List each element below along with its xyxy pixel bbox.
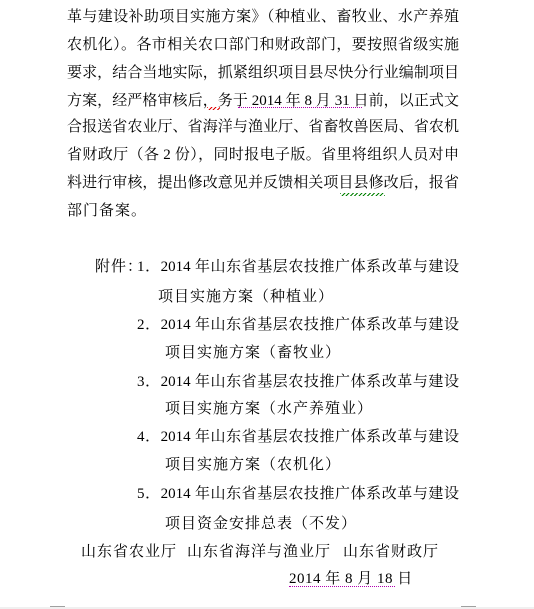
body-line: 方案，经严格审核后，务于 2014 年 8 月 31 日前，以正式文件联: [67, 91, 459, 111]
body-line: 农机化）。各市相关农口部门和财政部门，要按照省级实施方案: [67, 35, 459, 55]
document-page: 革与建设补助项目实施方案》（种植业、畜牧业、水产养殖业、 农机化）。各市相关农口…: [0, 0, 534, 607]
attachment-title: 1．2014 年山东省基层农技推广体系改革与建设补助: [137, 257, 459, 277]
attachment-subtitle: 项目实施方案（种植业）: [158, 287, 334, 307]
body-line: 合报送省农业厅、省海洋与渔业厅、省畜牧兽医局、省农机局、: [67, 117, 459, 137]
body-line: 要求，结合当地实际，抓紧组织项目县尽快分行业编制项目实施: [67, 63, 459, 83]
signatory-agriculture: 山东省农业厅: [81, 542, 177, 562]
attachment-title: 2．2014 年山东省基层农技推广体系改革与建设补助: [137, 315, 459, 335]
attachment-subtitle: 项目实施方案（畜牧业）: [165, 343, 341, 363]
body-line: 部门备案。: [67, 201, 147, 221]
body-line: 省财政厅（各 2 份），同时报电子版。省里将组织人员对申报材: [67, 145, 459, 165]
signatory-finance: 山东省财政厅: [343, 542, 439, 562]
smart-tag-underline[interactable]: [238, 107, 362, 108]
attachments-label: 附件：: [95, 257, 143, 277]
attachment-subtitle: 项目实施方案（水产养殖业）: [165, 399, 373, 419]
spelling-error-underline[interactable]: [207, 107, 220, 110]
attachment-subtitle: 项目实施方案（农机化）: [165, 455, 341, 475]
body-line: 革与建设补助项目实施方案》（种植业、畜牧业、水产养殖业、: [67, 7, 459, 27]
attachment-title: 5．2014 年山东省基层农技推广体系改革与建设补助: [137, 484, 459, 504]
attachment-title: 4．2014 年山东省基层农技推广体系改革与建设补助: [137, 427, 459, 447]
grammar-error-underline[interactable]: [340, 193, 385, 196]
attachment-subtitle: 项目资金安排总表（不发）: [165, 514, 357, 534]
body-line: 料进行审核，提出修改意见并反馈相关项目县修改后，报省主管: [67, 173, 459, 193]
smart-tag-underline[interactable]: [289, 586, 395, 587]
attachment-title: 3．2014 年山东省基层农技推广体系改革与建设补助: [137, 372, 459, 392]
signatory-ocean-fisheries: 山东省海洋与渔业厅: [187, 542, 331, 562]
